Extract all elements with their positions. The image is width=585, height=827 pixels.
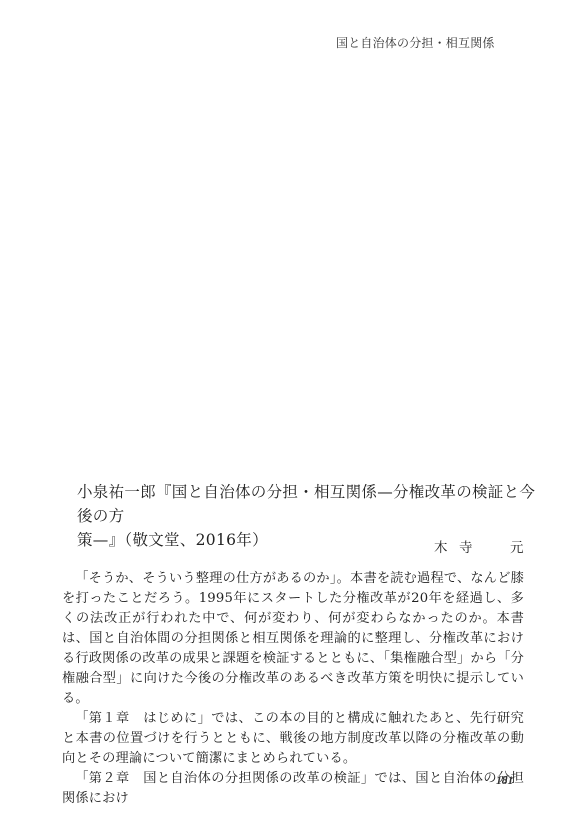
author-char-1: 木 xyxy=(434,536,448,556)
paragraph: 「第１章 はじめに」では、この本の目的と構成に触れたあと、先行研究と本書の位置づ… xyxy=(62,709,524,769)
review-body: 「そうか、そういう整理の仕方があるのか」。本書を読む過程で、なんど膝を打ったこと… xyxy=(62,569,524,809)
paragraph: 「そうか、そういう整理の仕方があるのか」。本書を読む過程で、なんど膝を打ったこと… xyxy=(62,569,524,709)
running-head: 国と自治体の分担・相互関係 xyxy=(336,34,495,51)
review-title-line-1: 小泉祐一郎『国と自治体の分担・相互関係—分権改革の検証と今後の方 xyxy=(77,480,537,528)
paragraph: 「第２章 国と自治体の分担関係の改革の検証」では、国と自治体の分担関係におけ xyxy=(62,769,524,809)
page-number: 181 xyxy=(496,775,513,787)
author-char-2: 寺 xyxy=(459,536,473,556)
author-char-3: 元 xyxy=(510,536,524,556)
